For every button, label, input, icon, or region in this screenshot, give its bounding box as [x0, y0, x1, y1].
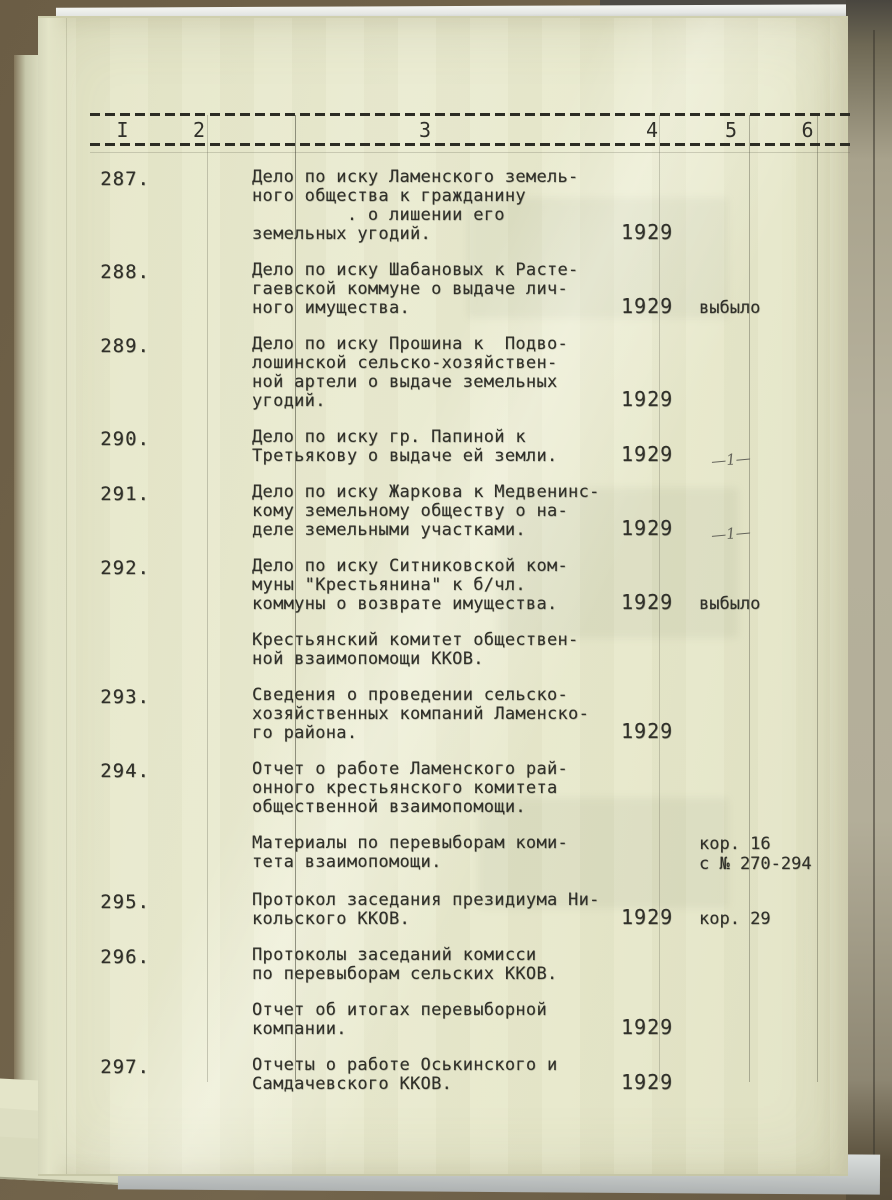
entry-block: Отчет о работе Ламенского рай-онного кре… [243, 760, 850, 817]
entry-block: Дело по иску Ситниковской ком-муны "Крес… [243, 557, 850, 614]
row-number: 291. [90, 483, 155, 540]
table-row: 289.Дело по иску Прошина к Подво-лошинск… [90, 335, 850, 411]
table-row: 290.Дело по иску гр. Папиной кТретьякову… [90, 428, 850, 466]
column2-cell [155, 261, 243, 318]
row-number: 296. [90, 946, 155, 1039]
entry-block: Материалы по перевыборам коми-тета взаим… [243, 834, 850, 874]
scanned-document: I 2 3 4 5 6 287.Дело по иску Ламенского … [0, 0, 892, 1200]
column-header-4: 4 [607, 118, 697, 142]
entry-block: Дело по иску Ламенского земель-ного обще… [243, 168, 850, 244]
column-header-5: 5 [697, 118, 765, 142]
row-blocks: Дело по иску Прошина к Подво-лошинской с… [243, 335, 850, 411]
row-blocks: Протокол заседания президиума Ни-кольско… [243, 891, 850, 929]
year-cell: 1929 [607, 719, 697, 743]
case-description: Отчет об итогах перевыборнойкомпании. [243, 1001, 607, 1039]
column2-cell [155, 483, 243, 540]
table-row: 293.Сведения о проведении сельско-хозяйс… [90, 686, 850, 743]
entry-block: Дело по иску Шабановых к Расте-гаевской … [243, 261, 850, 318]
row-number [90, 631, 155, 669]
entry-block: Протокол заседания президиума Ни-кольско… [243, 891, 850, 929]
column-header-3: 3 [243, 118, 607, 142]
case-description: Дело по иску Ламенского земель-ного обще… [243, 168, 607, 244]
year-cell: 1929 [607, 220, 697, 244]
column2-cell [155, 686, 243, 743]
table-row: 288.Дело по иску Шабановых к Расте-гаевс… [90, 261, 850, 318]
case-description: Протоколы заседаний комиссипо перевыбора… [243, 946, 607, 984]
year-cell: 1929 [607, 294, 697, 318]
row-blocks: Дело по иску Шабановых к Расте-гаевской … [243, 261, 850, 318]
note-cell: выбыло [697, 298, 850, 318]
row-blocks: Дело по иску Ламенского земель-ного обще… [243, 168, 850, 244]
year-cell: 1929 [607, 516, 697, 540]
row-number: 295. [90, 891, 155, 929]
case-description: Дело по иску Жаркова к Медвенинс-кому зе… [243, 483, 607, 540]
column2-cell [155, 428, 243, 466]
table-rows: 287.Дело по иску Ламенского земель-ного … [90, 168, 850, 1111]
header-dashed-rule-bottom [90, 143, 850, 146]
table-row: 294.Отчет о работе Ламенского рай-онного… [90, 760, 850, 874]
column2-cell [155, 946, 243, 1039]
entry-block: Дело по иску гр. Папиной кТретьякову о в… [243, 428, 850, 466]
year-cell: 1929 [607, 905, 697, 929]
column2-cell [155, 631, 243, 669]
row-blocks: Сведения о проведении сельско-хозяйствен… [243, 686, 850, 743]
case-description: Дело по иску гр. Папиной кТретьякову о в… [243, 428, 607, 466]
column2-cell [155, 760, 243, 874]
note-cell: —1— [696, 439, 850, 472]
table-row: 291.Дело по иску Жаркова к Медвенинс-ком… [90, 483, 850, 540]
row-number: 287. [90, 168, 155, 244]
entry-block: Крестьянский комитет обществен-ной взаим… [243, 631, 850, 669]
table-row: 292.Дело по иску Ситниковской ком-муны "… [90, 557, 850, 614]
year-cell: 1929 [607, 590, 697, 614]
row-number: 297. [90, 1056, 155, 1094]
table-row: 296.Протоколы заседаний комиссипо перевы… [90, 946, 850, 1039]
column2-cell [155, 335, 243, 411]
year-cell: 1929 [607, 442, 697, 466]
case-description: Отчеты о работе Оськинского иСамдачевско… [243, 1056, 607, 1094]
column-header-1: I [90, 118, 155, 142]
case-description: Дело по иску Прошина к Подво-лошинской с… [243, 335, 607, 411]
case-description: Отчет о работе Ламенского рай-онного кре… [243, 760, 607, 817]
row-blocks: Дело по иску Ситниковской ком-муны "Крес… [243, 557, 850, 614]
row-blocks: Дело по иску Жаркова к Медвенинс-кому зе… [243, 483, 850, 540]
column2-cell [155, 1056, 243, 1094]
row-number: 292. [90, 557, 155, 614]
table-row: 287.Дело по иску Ламенского земель-ного … [90, 168, 850, 244]
note-cell: —1— [696, 513, 850, 546]
column-header-6: 6 [765, 118, 850, 142]
entry-block: Дело по иску Прошина к Подво-лошинской с… [243, 335, 850, 411]
row-blocks: Протоколы заседаний комиссипо перевыбора… [243, 946, 850, 1039]
year-cell: 1929 [607, 387, 697, 411]
note-cell: кор. 16с № 270-294 [697, 834, 850, 874]
case-description: Дело по иску Шабановых к Расте-гаевской … [243, 261, 607, 318]
entry-block: Отчеты о работе Оськинского иСамдачевско… [243, 1056, 850, 1094]
case-description: Крестьянский комитет обществен-ной взаим… [243, 631, 607, 669]
column-header-2: 2 [155, 118, 243, 142]
case-description: Материалы по перевыборам коми-тета взаим… [243, 834, 607, 874]
entry-block: Сведения о проведении сельско-хозяйствен… [243, 686, 850, 743]
page-crease [66, 18, 67, 1174]
case-description: Дело по иску Ситниковской ком-муны "Крес… [243, 557, 607, 614]
column2-cell [155, 891, 243, 929]
entry-block: Протоколы заседаний комиссипо перевыбора… [243, 946, 850, 984]
row-number: 290. [90, 428, 155, 466]
row-blocks: Отчеты о работе Оськинского иСамдачевско… [243, 1056, 850, 1094]
column2-cell [155, 168, 243, 244]
row-number: 289. [90, 335, 155, 411]
table-row: 295.Протокол заседания президиума Ни-кол… [90, 891, 850, 929]
row-blocks: Дело по иску гр. Папиной кТретьякову о в… [243, 428, 850, 466]
column-header-row: I 2 3 4 5 6 [90, 116, 850, 143]
row-blocks: Отчет о работе Ламенского рай-онного кре… [243, 760, 850, 874]
note-cell: кор. 29 [697, 909, 850, 929]
year-cell: 1929 [607, 1070, 697, 1094]
inventory-table: I 2 3 4 5 6 287.Дело по иску Ламенского … [90, 113, 850, 1111]
table-row: 297.Отчеты о работе Оськинского иСамдаче… [90, 1056, 850, 1094]
entry-block: Отчет об итогах перевыборнойкомпании.192… [243, 1001, 850, 1039]
year-cell: 1929 [607, 1015, 697, 1039]
page-stack-edge-left [14, 55, 40, 1155]
row-blocks: Крестьянский комитет обществен-ной взаим… [243, 631, 850, 669]
page-stack-edge-right [846, 0, 892, 1200]
case-description: Протокол заседания президиума Ни-кольско… [243, 891, 607, 929]
case-description: Сведения о проведении сельско-хозяйствен… [243, 686, 607, 743]
note-cell: выбыло [697, 594, 850, 614]
document-page: I 2 3 4 5 6 287.Дело по иску Ламенского … [38, 16, 848, 1176]
table-row: Крестьянский комитет обществен-ной взаим… [90, 631, 850, 669]
row-number: 294. [90, 760, 155, 874]
row-number: 288. [90, 261, 155, 318]
entry-block: Дело по иску Жаркова к Медвенинс-кому зе… [243, 483, 850, 540]
column2-cell [155, 557, 243, 614]
row-number: 293. [90, 686, 155, 743]
